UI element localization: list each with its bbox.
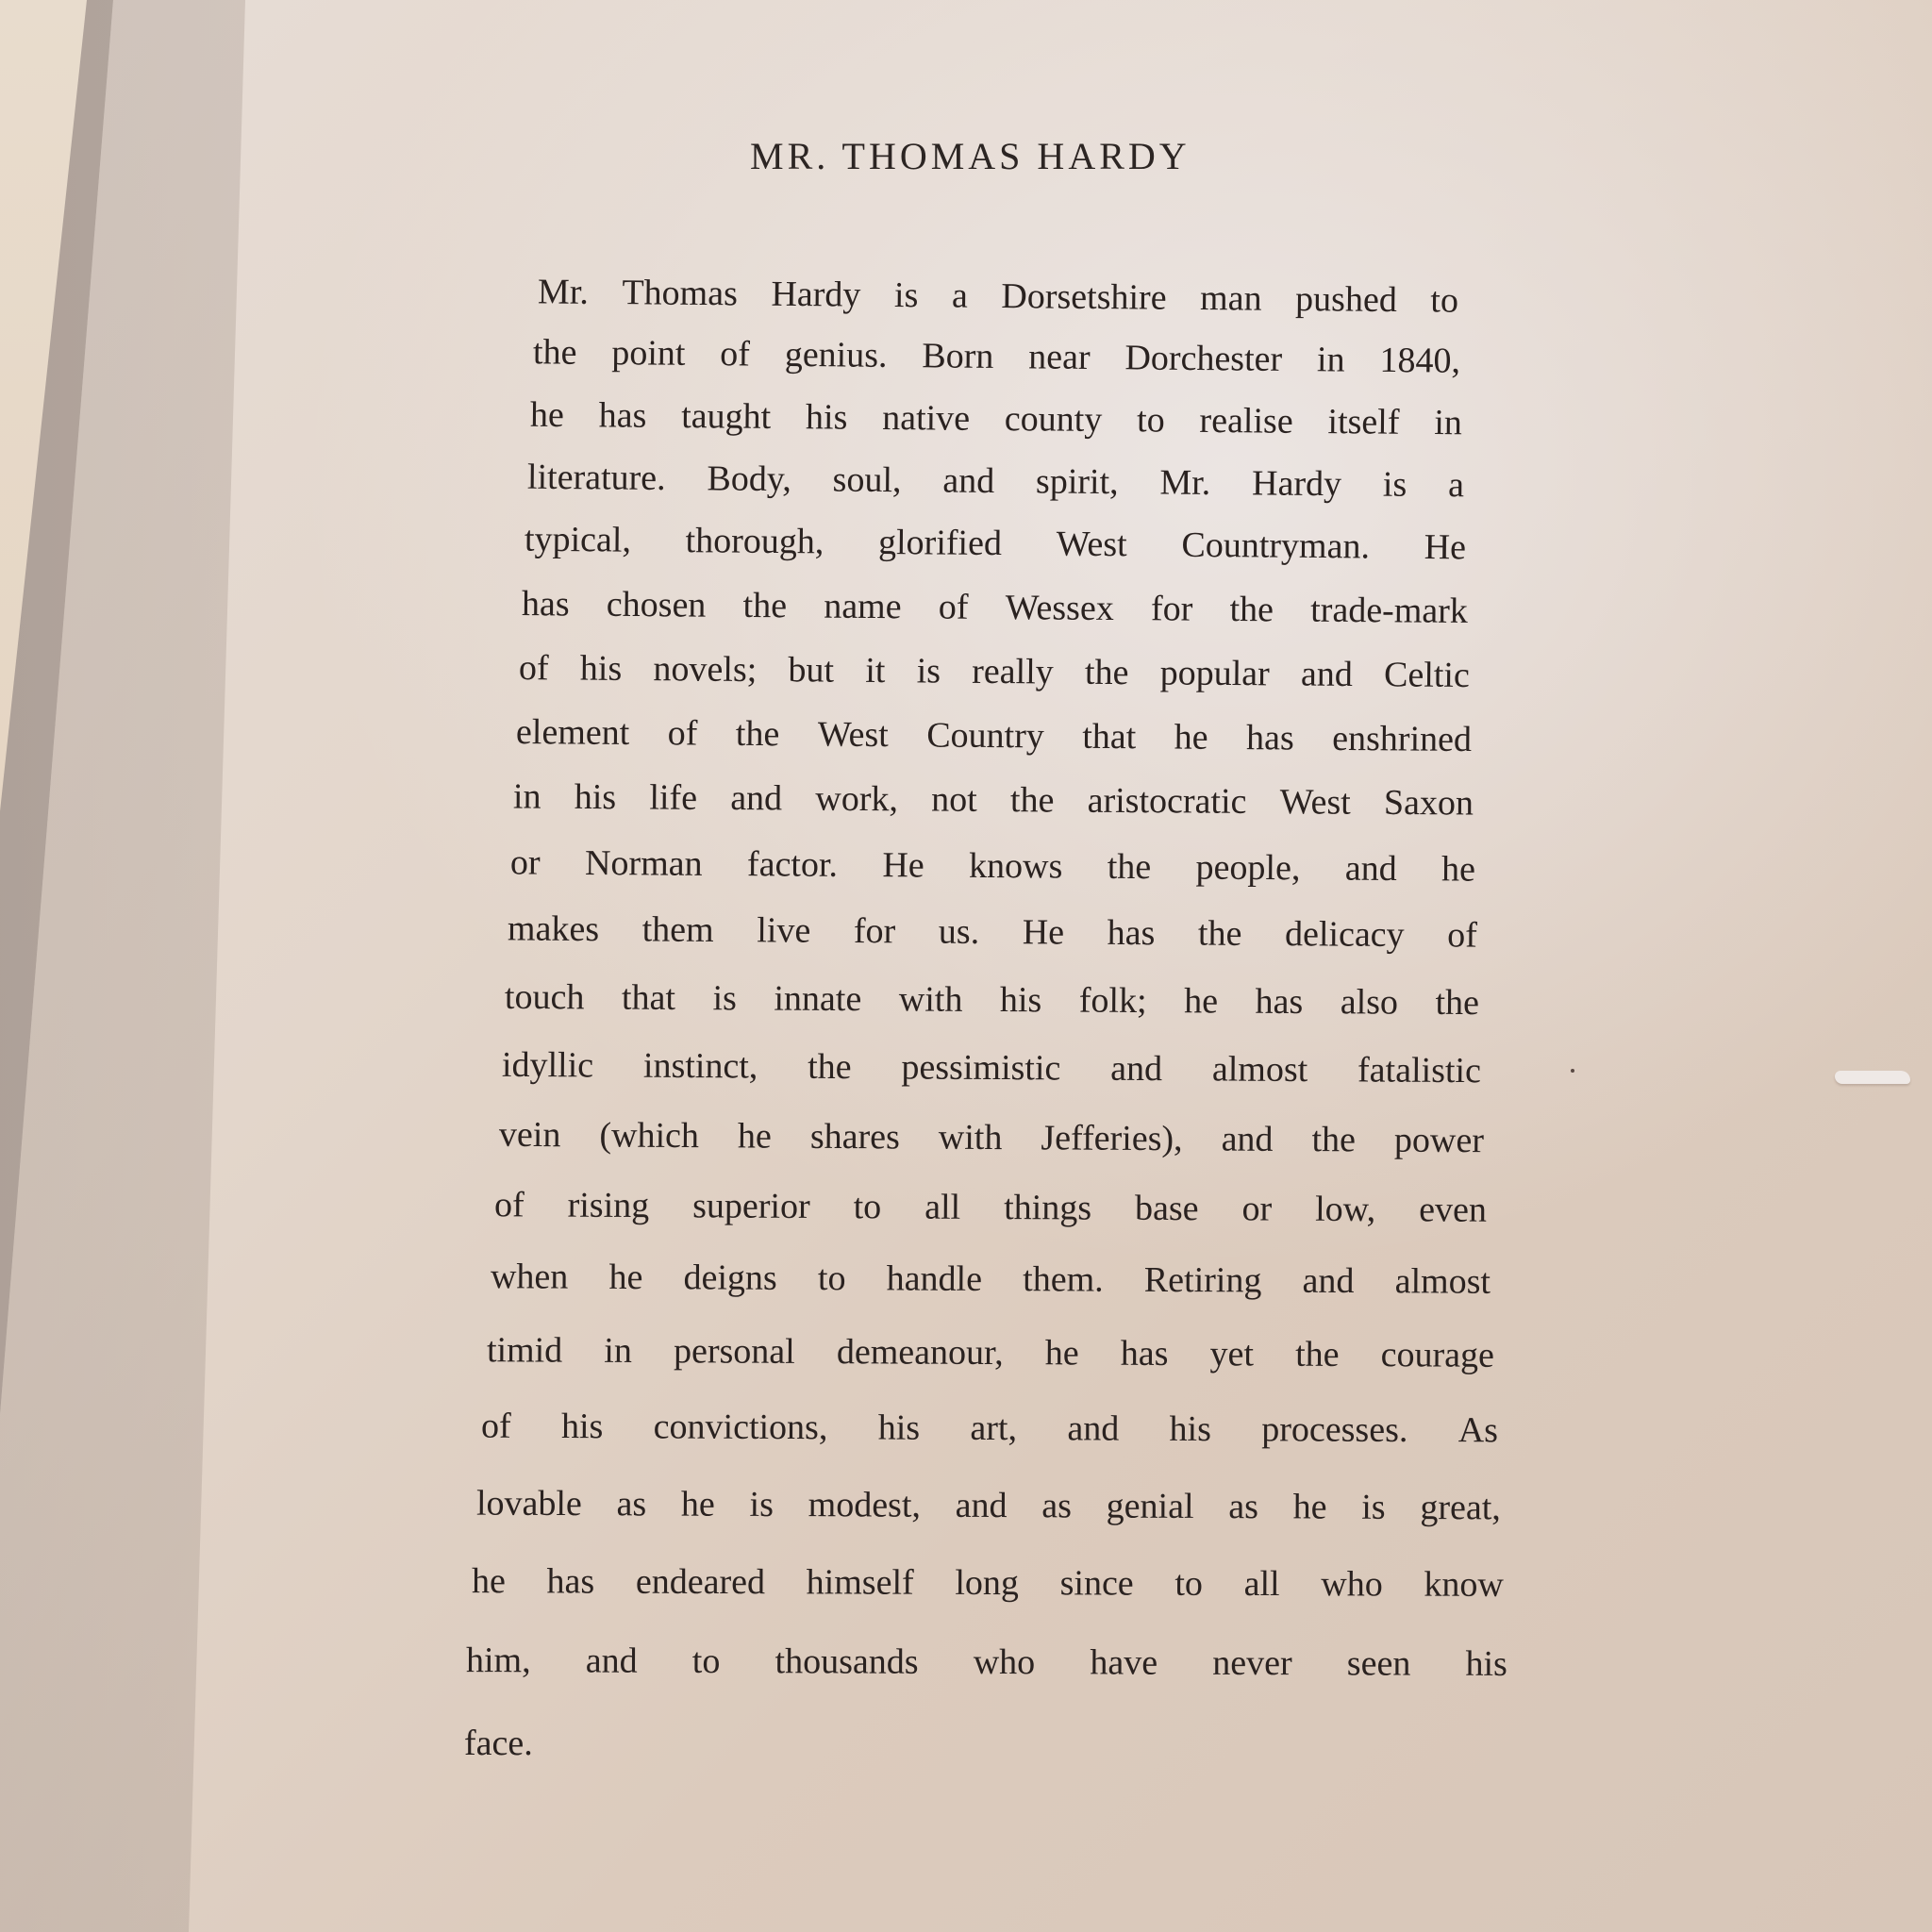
word: he	[1174, 717, 1208, 758]
page-title: MR. THOMAS HARDY	[750, 134, 1191, 178]
word: to	[854, 1186, 882, 1227]
word: Dorsetshire	[1001, 275, 1167, 319]
word: Mr.	[538, 271, 589, 313]
word: the	[1010, 779, 1055, 821]
word: glorified	[878, 522, 1002, 564]
word: Body,	[707, 458, 791, 500]
word: has	[599, 394, 647, 436]
word: shares	[810, 1116, 900, 1158]
word: almost	[1395, 1260, 1491, 1303]
word: (which	[599, 1114, 699, 1157]
word: of	[720, 333, 750, 375]
text-line: idyllicinstinct,thepessimisticandalmostf…	[502, 1044, 1481, 1091]
text-line: touchthatisinnatewithhisfolk;hehasalsoth…	[505, 976, 1479, 1024]
word: and	[1067, 1407, 1119, 1449]
word: work,	[815, 778, 898, 821]
word: his	[1169, 1408, 1211, 1450]
text-line: timidinpersonaldemeanour,hehasyetthecour…	[487, 1329, 1494, 1376]
word: he	[530, 394, 564, 436]
word: He	[1424, 526, 1466, 568]
word: his	[561, 1406, 604, 1447]
word: to	[1174, 1563, 1203, 1605]
word: popular	[1159, 652, 1269, 694]
word: himself	[807, 1561, 914, 1603]
word: he	[472, 1560, 506, 1602]
word: as	[1041, 1485, 1072, 1526]
word: point	[611, 332, 686, 375]
word: and	[956, 1485, 1008, 1526]
word: realise	[1199, 400, 1293, 442]
word: in	[1434, 402, 1462, 443]
word: Thomas	[622, 272, 738, 314]
word: almost	[1212, 1048, 1308, 1091]
word: all	[1244, 1563, 1280, 1605]
word: 1840,	[1379, 340, 1460, 382]
word: fatalistic	[1357, 1049, 1481, 1091]
word: lovable	[476, 1483, 582, 1524]
word: he	[1045, 1332, 1079, 1374]
word: his	[1000, 979, 1042, 1021]
word: As	[1458, 1409, 1498, 1451]
word: and	[1345, 848, 1397, 890]
word: Born	[922, 335, 993, 377]
word: and	[1301, 654, 1353, 695]
word: since	[1060, 1562, 1134, 1604]
word: is	[712, 977, 737, 1019]
word: processes.	[1261, 1408, 1407, 1451]
word: great,	[1420, 1487, 1501, 1528]
word: to	[1137, 399, 1165, 441]
word: of	[1447, 914, 1477, 956]
text-line: makesthemliveforus.Hehasthedelicacyof	[508, 908, 1477, 956]
word: West	[818, 714, 889, 757]
word: his	[806, 396, 848, 438]
text-line: typical,thorough,glorifiedWestCountryman…	[525, 519, 1466, 569]
word: people,	[1195, 847, 1300, 890]
word: man	[1200, 277, 1262, 320]
word: near	[1028, 336, 1091, 378]
word: his	[575, 776, 617, 818]
word: aristocratic	[1088, 780, 1247, 823]
word: things	[1004, 1187, 1091, 1228]
text-line: lovableasheismodest,andasgenialasheisgre…	[476, 1483, 1501, 1529]
word: and	[942, 460, 994, 502]
text-line: ofhisconvictions,hisart,andhisprocesses.…	[481, 1406, 1498, 1452]
word: and	[586, 1641, 638, 1682]
text-line: ofrisingsuperiortoallthingsbaseorlow,eve…	[494, 1184, 1487, 1231]
word: rising	[568, 1185, 650, 1226]
word: knows	[969, 845, 1063, 888]
text-line: haschosenthenameofWessexforthetrade-mark	[522, 583, 1468, 632]
word: his	[878, 1407, 921, 1448]
word: pessimistic	[901, 1046, 1060, 1089]
word: is	[916, 650, 941, 691]
word: genial	[1107, 1486, 1194, 1527]
word: the	[1108, 846, 1152, 888]
word: seen	[1347, 1642, 1411, 1684]
word: the	[1295, 1334, 1340, 1375]
word: taught	[681, 395, 771, 438]
word: a	[1448, 464, 1464, 506]
word: not	[931, 779, 977, 821]
word: of	[939, 587, 969, 628]
word: has	[1255, 981, 1303, 1023]
text-line: ofhisnovels;butitisreallythepopularandCe…	[519, 647, 1470, 696]
word: and	[730, 777, 782, 819]
word: thorough,	[685, 520, 824, 562]
text-line: literature.Body,soul,andspirit,Mr.Hardyi…	[527, 457, 1464, 507]
word: personal	[674, 1330, 795, 1373]
word: us.	[939, 911, 980, 953]
word: who	[1321, 1563, 1383, 1605]
word: spirit,	[1036, 460, 1119, 503]
word: also	[1341, 981, 1398, 1023]
word: live	[757, 909, 810, 951]
word: all	[924, 1187, 960, 1228]
word: them	[642, 908, 714, 951]
word: makes	[508, 908, 599, 950]
text-line: thepointofgenius.BornnearDorchesterin184…	[533, 331, 1460, 381]
word: have	[1090, 1641, 1158, 1683]
word: know	[1424, 1564, 1504, 1606]
word: native	[882, 397, 970, 440]
page-text: MR. THOMAS HARDY Mr.ThomasHardyisaDorset…	[0, 0, 1932, 1932]
word: he	[1441, 848, 1475, 890]
text-line: inhislifeandwork,notthearistocraticWestS…	[513, 775, 1474, 824]
word: never	[1212, 1642, 1292, 1684]
text-line: hehasendearedhimselflongsincetoallwhokno…	[472, 1560, 1504, 1606]
word: he	[608, 1257, 642, 1298]
word: the	[736, 713, 780, 755]
word: the	[1229, 589, 1274, 630]
word: county	[1005, 398, 1103, 441]
text-line: Mr.ThomasHardyisaDorsetshiremanpushedto	[538, 271, 1458, 321]
word: He	[882, 844, 924, 886]
word: with	[899, 978, 963, 1020]
word: Celtic	[1384, 654, 1470, 696]
word: thousands	[775, 1641, 919, 1683]
word: trade-mark	[1310, 590, 1468, 632]
word: that	[622, 977, 675, 1019]
word: the	[808, 1046, 852, 1088]
word: as	[1228, 1486, 1258, 1527]
text-line: face.	[464, 1723, 533, 1764]
word: has	[522, 583, 570, 625]
word: deigns	[683, 1257, 776, 1299]
word: in	[604, 1330, 632, 1372]
word: typical,	[525, 519, 631, 561]
word: of	[519, 647, 549, 689]
text-line: elementoftheWestCountrythathehasenshrine…	[516, 711, 1472, 760]
word: folk;	[1079, 980, 1147, 1022]
word: power	[1394, 1120, 1484, 1162]
word: with	[939, 1117, 1003, 1158]
word: demeanour,	[837, 1331, 1004, 1374]
word: them.	[1023, 1258, 1104, 1300]
word: Wessex	[1005, 587, 1113, 629]
word: but	[788, 649, 834, 691]
word: endeared	[636, 1561, 765, 1603]
word: delicacy	[1285, 913, 1405, 956]
text-line: orNormanfactor.Heknowsthepeople,andhe	[510, 841, 1475, 890]
word: base	[1135, 1188, 1199, 1229]
word: factor.	[747, 843, 838, 886]
word: name	[824, 586, 902, 628]
word: it	[865, 650, 885, 691]
word: West	[1280, 781, 1351, 824]
word: timid	[487, 1329, 562, 1371]
word: courage	[1381, 1334, 1494, 1376]
word: Norman	[585, 842, 703, 885]
word: as	[617, 1483, 647, 1524]
word: idyllic	[502, 1044, 593, 1087]
word: of	[481, 1406, 511, 1447]
word: has	[1121, 1333, 1169, 1374]
word: to	[1430, 279, 1458, 321]
word: to	[818, 1257, 846, 1299]
word: and	[1302, 1260, 1354, 1302]
word: he	[681, 1484, 715, 1525]
word: in	[1317, 339, 1345, 380]
word: He	[1023, 911, 1065, 953]
word: the	[1311, 1119, 1356, 1160]
word: in	[513, 775, 541, 817]
word: or	[510, 841, 541, 883]
word: has	[546, 1560, 594, 1602]
text-line: vein(whichheshareswithJefferies),andthep…	[499, 1114, 1484, 1161]
word: for	[854, 910, 896, 952]
text-line: hehastaughthisnativecountytorealiseitsel…	[530, 394, 1462, 444]
book-photo: MR. THOMAS HARDY Mr.ThomasHardyisaDorset…	[0, 0, 1932, 1932]
word: the	[1435, 982, 1479, 1024]
word: literature.	[527, 457, 666, 499]
word: Countryman.	[1181, 525, 1370, 568]
word: superior	[692, 1185, 810, 1227]
word: Jefferies),	[1041, 1117, 1182, 1159]
word: to	[692, 1641, 721, 1682]
word: yet	[1209, 1333, 1254, 1374]
text-line: him,andtothousandswhohaveneverseenhis	[466, 1640, 1507, 1685]
word: the	[1198, 913, 1242, 955]
word: pushed	[1295, 278, 1397, 321]
word: who	[974, 1641, 1036, 1683]
word: is	[1383, 464, 1407, 506]
word: the	[1085, 652, 1129, 693]
word: genius.	[785, 334, 888, 376]
word: handle	[887, 1257, 983, 1300]
word: that	[1082, 716, 1136, 758]
word: soul,	[832, 458, 901, 501]
word: innate	[774, 978, 861, 1021]
word: and	[1222, 1118, 1274, 1159]
word: art,	[970, 1407, 1017, 1449]
word: the	[742, 585, 787, 626]
word: Country	[926, 714, 1044, 757]
word: he	[738, 1115, 772, 1157]
word: Dorchester	[1124, 337, 1282, 380]
word: modest,	[808, 1484, 921, 1526]
word: has	[1246, 717, 1294, 758]
word: Hardy	[1252, 462, 1341, 505]
word: itself	[1327, 401, 1399, 443]
word: enshrined	[1332, 718, 1472, 760]
word: really	[972, 651, 1054, 693]
word: novels;	[653, 648, 757, 691]
word: even	[1419, 1189, 1487, 1230]
word: when	[491, 1256, 569, 1297]
word: him,	[466, 1640, 531, 1681]
word: and	[1110, 1048, 1162, 1090]
word: a	[952, 275, 968, 317]
word: his	[1465, 1643, 1507, 1685]
word: vein	[499, 1114, 561, 1156]
word: low,	[1315, 1189, 1375, 1230]
word: his	[580, 648, 623, 690]
word: Mr.	[1159, 462, 1210, 504]
word: Saxon	[1384, 782, 1474, 824]
word: Hardy	[771, 274, 860, 316]
text-line: whenhedeignstohandlethem.Retiringandalmo…	[491, 1256, 1491, 1303]
word: has	[1108, 912, 1156, 954]
word: of	[494, 1184, 525, 1225]
word: is	[894, 275, 919, 316]
word: touch	[505, 976, 585, 1019]
word: of	[668, 712, 698, 754]
word: he	[1293, 1486, 1327, 1527]
word: West	[1056, 524, 1126, 566]
word: instinct,	[643, 1045, 758, 1088]
word: life	[649, 776, 697, 818]
word: he	[1184, 980, 1218, 1022]
word: or	[1241, 1188, 1272, 1229]
word: chosen	[607, 584, 707, 626]
word: is	[1361, 1487, 1386, 1528]
word: long	[955, 1562, 1019, 1604]
word: for	[1151, 588, 1193, 629]
word: convictions,	[654, 1406, 828, 1448]
word: Retiring	[1144, 1259, 1262, 1302]
word: the	[533, 331, 577, 373]
word: element	[516, 711, 630, 754]
word: is	[750, 1484, 774, 1525]
